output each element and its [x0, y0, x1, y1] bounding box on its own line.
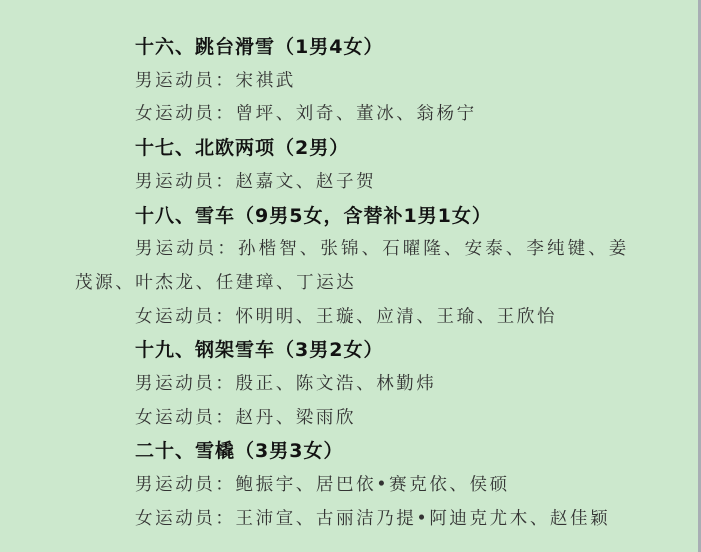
heading-luge: 二十、雪橇（3男3女）: [75, 435, 595, 469]
heading-ski-jumping: 十六、跳台滑雪（1男4女）: [75, 31, 595, 65]
heading-bobsleigh: 十八、雪车（9男5女，含替补1男1女）: [75, 200, 595, 234]
heading-nordic-combined: 十七、北欧两项（2男）: [75, 132, 595, 166]
bobsleigh-women-line: 女运动员：怀明明、王璇、应清、王瑜、王欣怡: [75, 301, 595, 335]
luge-women-line: 女运动员：王沛宣、古丽洁乃提•阿迪克尤木、赵佳颖: [75, 503, 595, 537]
skeleton-men-line: 男运动员：殷正、陈文浩、林勤炜: [75, 368, 595, 402]
luge-men-line: 男运动员：鲍振宇、居巴依•赛克依、侯硕: [75, 469, 595, 503]
nordic-combined-men-line: 男运动员：赵嘉文、赵子贺: [75, 166, 595, 200]
bobsleigh-men-line-1: 男运动员：孙楷智、张锦、石曜隆、安泰、李纯键、姜: [75, 233, 595, 267]
bobsleigh-men-line-2: 茂源、叶杰龙、任建璋、丁运达: [75, 267, 595, 301]
document-page: 十六、跳台滑雪（1男4女） 男运动员：宋祺武 女运动员：曾坪、刘奇、董冰、翁杨宁…: [0, 0, 701, 552]
heading-skeleton: 十九、钢架雪车（3男2女）: [75, 334, 595, 368]
skeleton-women-line: 女运动员：赵丹、梁雨欣: [75, 402, 595, 436]
ski-jumping-women-line: 女运动员：曾坪、刘奇、董冰、翁杨宁: [75, 98, 595, 132]
ski-jumping-men-line: 男运动员：宋祺武: [75, 65, 595, 99]
